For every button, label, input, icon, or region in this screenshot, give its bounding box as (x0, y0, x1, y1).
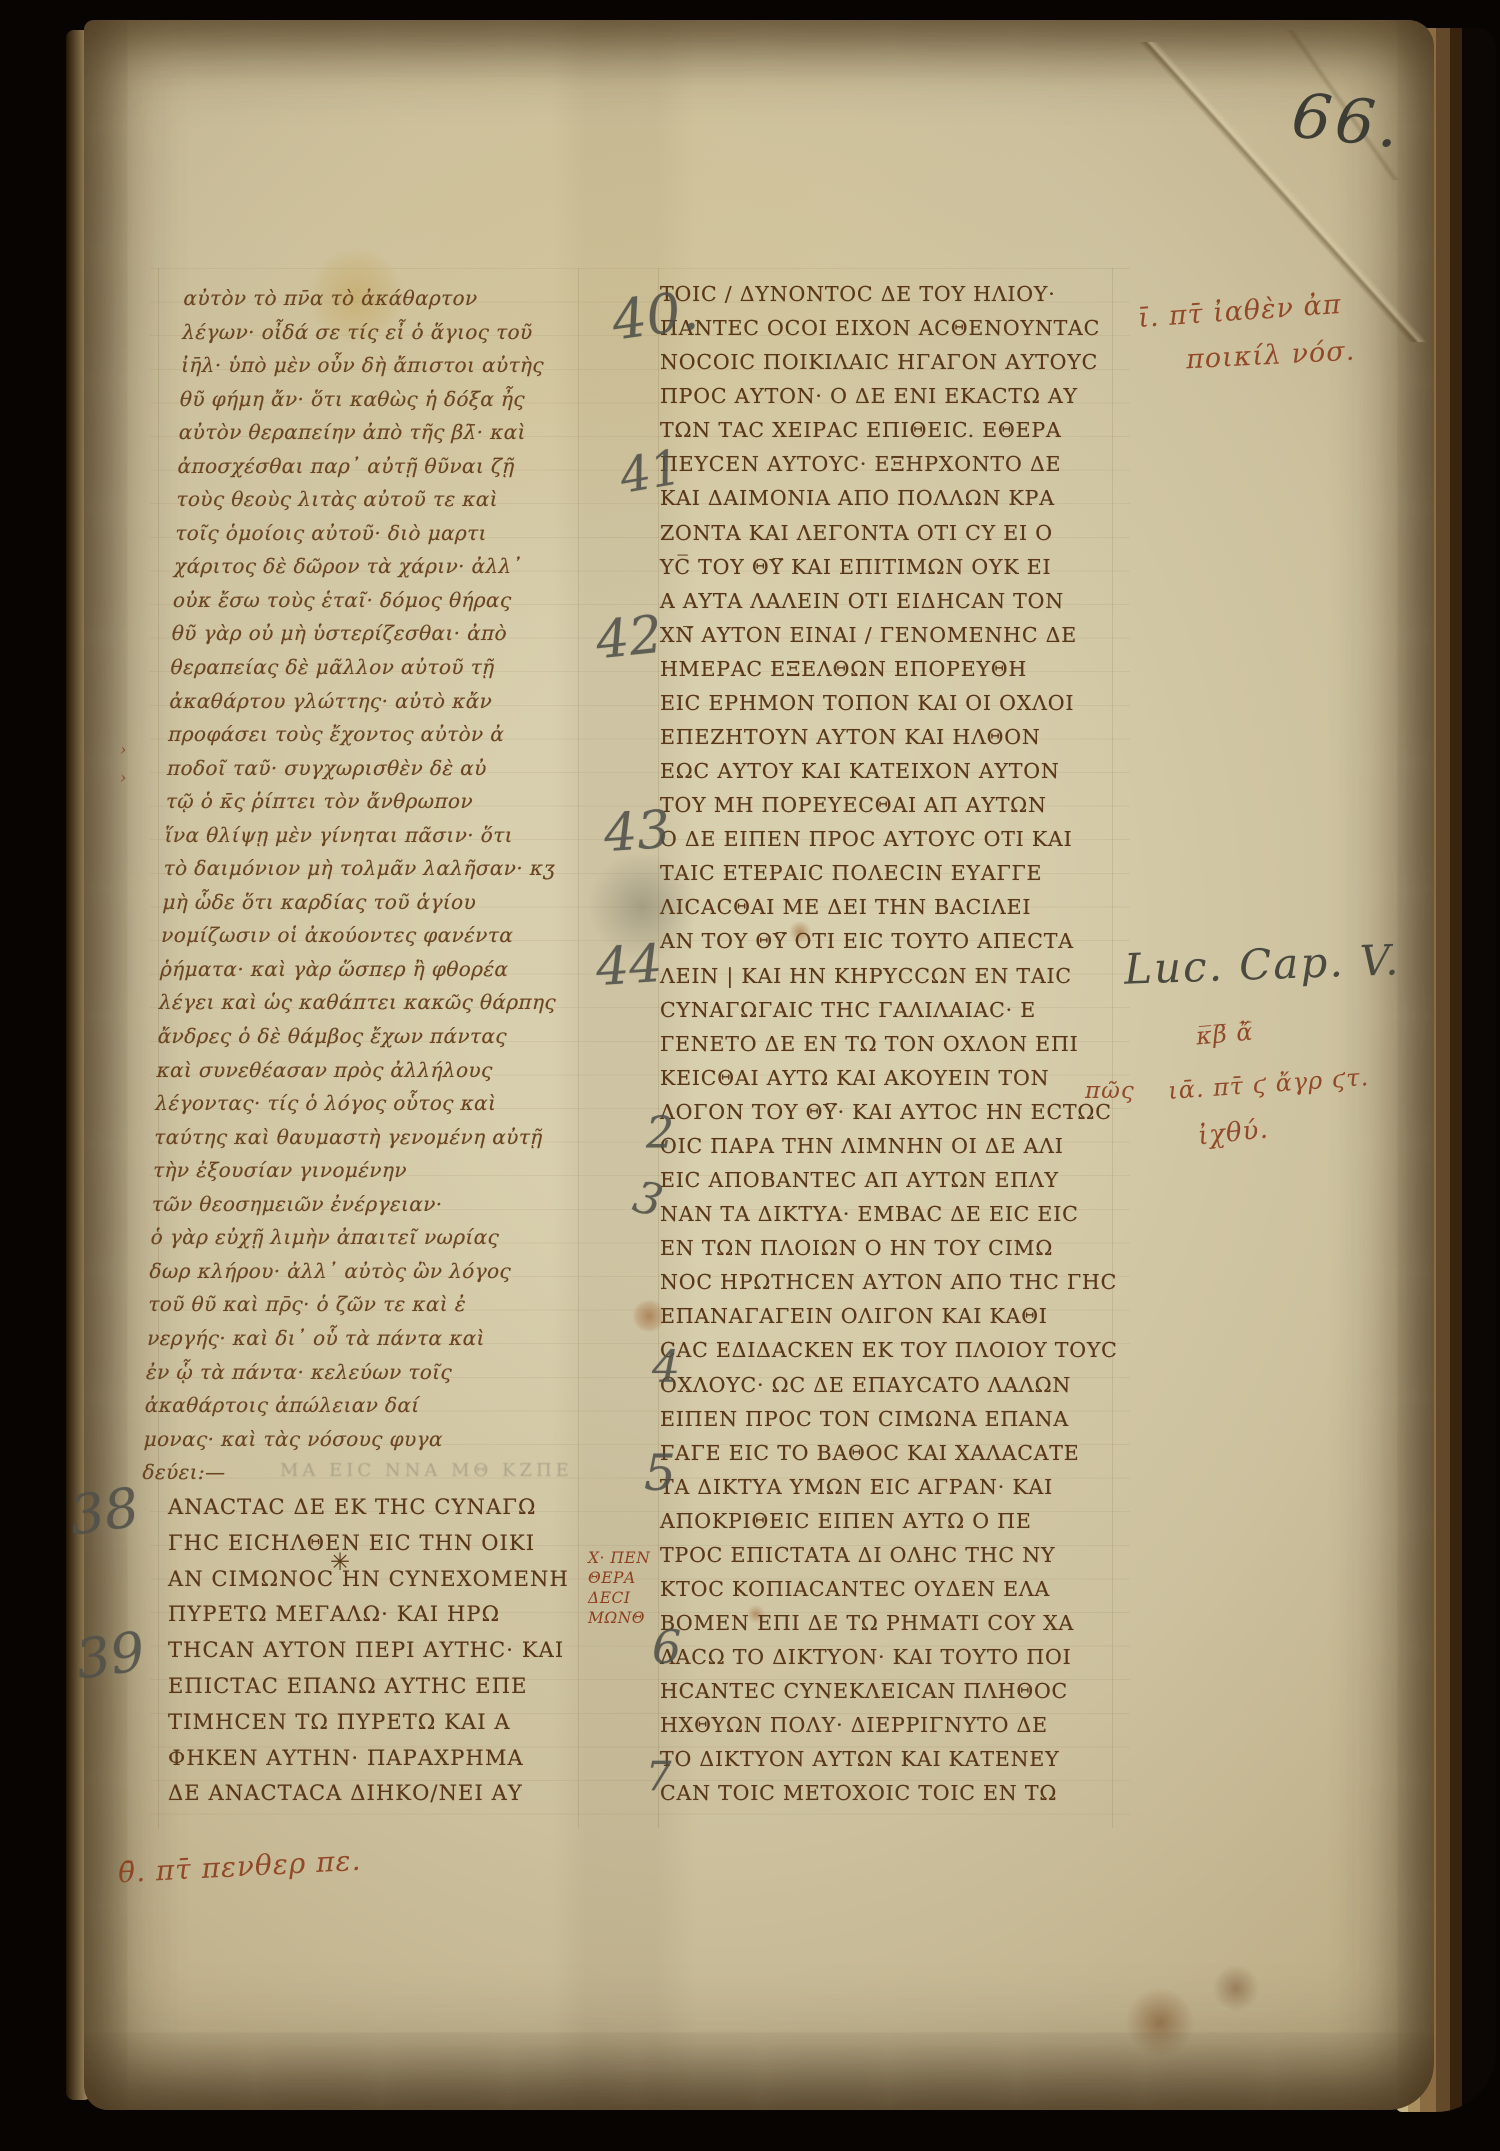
greek-minuscule-line: τοὺς θεοὺς λιτὰς αὐτοῦ τε καὶ (176, 483, 597, 517)
greek-uncial-line: ΑΠΟΚΡΙΘΕΙC ΕΙΠΕΝ ΑΥΤΩ Ο ΠΕ (660, 1504, 1135, 1538)
greek-minuscule-line: λέγων· οἶδά σε τίς εἶ ὁ ἅγιος τοῦ (182, 316, 603, 350)
greek-minuscule-line: τοῖς ὁμοίοις αὐτοῦ· διὸ μαρτι (175, 517, 596, 551)
greek-uncial-line: Α ΑΥΤΑ ΛΑΛΕΙΝ ΟΤΙ ΕΙΔΗCΑΝ ΤΟΝ (660, 584, 1135, 618)
asterisk-mark: ✳ (330, 1548, 350, 1576)
greek-uncial-line: CΑΝ ΤΟΙC ΜΕΤΟΧΟΙC ΤΟΙC ΕΝ ΤΩ (660, 1776, 1135, 1810)
latin-chapter-note: Luc. Cap. V. (1123, 935, 1401, 994)
greek-minuscule-line: ἀποσχέσθαι παρ᾿ αὐτῇ θῦναι ζῇ (177, 450, 598, 484)
greek-uncial-line: ΟΙC ΠΑΡΑ ΤΗΝ ΛΙΜΝΗΝ ΟΙ ΔΕ ΑΛΙ (660, 1129, 1135, 1163)
greek-uncial-line: ΠΡΟC ΑΥΤΟΝ· Ο ΔΕ ΕΝΙ ΕΚΑCΤΩ ΑΥ (660, 379, 1135, 413)
greek-uncial-line: ΛΕΙΝ | ΚΑΙ ΗΝ ΚΗΡΥCCΩΝ ΕΝ ΤΑΙC (660, 959, 1135, 993)
greek-uncial-line: ΓΕΝΕΤΟ ΔΕ ΕΝ ΤΩ ΤΟΝ ΟΧΛΟΝ ΕΠΙ (660, 1027, 1135, 1061)
greek-uncial-line: ΕΙC ΕΡΗΜΟΝ ΤΟΠΟΝ ΚΑΙ ΟΙ ΟΧΛΟΙ (660, 686, 1135, 720)
greek-uncial-line: ΠΕΥCΕΝ ΑΥΤΟΥC· ΕΞΗΡΧΟΝΤΟ ΔΕ (660, 447, 1135, 481)
greek-uncial-line: ΚΑΙ ΔΑΙΜΟΝΙΑ ΑΠΟ ΠΟΛΛΩΝ ΚΡΑ (660, 481, 1135, 515)
greek-uncial-line: ΑΝΑCΤΑC ΔΕ ΕΚ ΤΗC CΥΝΑΓΩ (168, 1490, 598, 1526)
greek-uncial-line: ΤΟΥ ΜΗ ΠΟΡΕΥΕCΘΑΙ ΑΠ ΑΥΤΩΝ (660, 788, 1135, 822)
intercolumn-gloss: Χ· ΠΕΝΘΕΡΑΔΕCΙΜΩΝΘ (588, 1548, 650, 1628)
greek-minuscule-line: νομίζωσιν οἱ ἀκούοντες φανέντα (161, 919, 582, 953)
greek-minuscule-line: ὁ γὰρ εὐχῇ λιμὴν ἀπαιτεῖ νωρίας (150, 1221, 571, 1255)
greek-uncial-line: Ο ΔΕ ΕΙΠΕΝ ΠΡΟC ΑΥΤΟΥC ΟΤΙ ΚΑΙ (660, 822, 1135, 856)
greek-uncial-line: ΦΗΚΕΝ ΑΥΤΗΝ· ΠΑΡΑΧΡΗΜΑ (168, 1741, 598, 1777)
rubric-gloss-line: Χ· ΠΕΝ (588, 1548, 650, 1568)
greek-uncial-line: CΥΝΑΓΩΓΑΙC ΤΗC ΓΑΛΙΛΑΙΑC· Ε (660, 993, 1135, 1027)
greek-minuscule-line: τὸ δαιμόνιον μὴ τολμᾶν λαλῆσαν· κʒ (163, 852, 584, 886)
greek-uncial-line: CΑC ΕΔΙΔΑCΚΕΝ ΕΚ ΤΟΥ ΠΛΟΙΟΥ ΤΟΥC (660, 1333, 1135, 1367)
greek-uncial-line: ΕΠΙCΤΑC ΕΠΑΝΩ ΑΥΤΗC ΕΠΕ (168, 1669, 598, 1705)
greek-uncial-line: ΝΟCΟΙC ΠΟΙΚΙΛΑΙC ΗΓΑΓΟΝ ΑΥΤΟΥC (660, 345, 1135, 379)
greek-minuscule-line: θῦ φήμη ἄν· ὅτι καθὼς ἡ δόξα ἦς (179, 383, 600, 417)
greek-uncial-line: ΕΙC ΑΠΟΒΑΝΤΕC ΑΠ ΑΥΤΩΝ ΕΠΛΥ (660, 1163, 1135, 1197)
greek-uncial-line: ΛΟΓΟΝ ΤΟΥ ΘΥ̅· ΚΑΙ ΑΥΤΟC ΗΝ ΕCΤΩC (660, 1095, 1135, 1129)
greek-uncial-line: ΒΟΜΕΝ ΕΠΙ ΔΕ ΤΩ ΡΗΜΑΤΙ COΥ ΧΑ (660, 1606, 1135, 1640)
greek-uncial-line: ΠΥΡΕΤΩ ΜΕΓΑΛΩ· ΚΑΙ ΗΡΩ (168, 1597, 598, 1633)
right-column-gospel: ΤΟΙC / ΔΥΝΟΝΤΟC ΔΕ ΤΟΥ ΗΛΙΟΥ·ΠΑΝΤΕC ΟCΟΙ… (660, 277, 1135, 1811)
greek-uncial-line: ΚΤΟC ΚΟΠΙΑCΑΝΤΕC ΟΥΔΕΝ ΕΛΑ (660, 1572, 1135, 1606)
greek-uncial-line: ΥC̅ ΤΟΥ ΘΥ̅ ΚΑΙ ΕΠΙΤΙΜΩΝ ΟΥΚ ΕΙ (660, 550, 1135, 584)
greek-minuscule-line: τῶν θεοσημειῶν ἐνέργειαν· (151, 1188, 572, 1222)
rubric-gloss-line: ΘΕΡΑ (588, 1568, 650, 1588)
greek-uncial-line: ΓΗC ΕΙCΗΛΘΕΝ ΕΙC ΤΗΝ ΟΙΚΙ (168, 1526, 598, 1562)
greek-minuscule-line: ἀκαθάρτοις ἀπώλειαν δαί (144, 1389, 565, 1423)
greek-minuscule-line: δωρ κλήρου· ἀλλ᾿ αὐτὸς ὢν λόγος (149, 1255, 570, 1289)
greek-minuscule-line: μὴ ὧδε ὅτι καρδίας τοῦ ἁγίου (162, 886, 583, 920)
greek-uncial-line: ΤΩΝ ΤΑC ΧΕΙΡΑC ΕΠΙΘΕΙC. ΕΘΕΡΑ (660, 413, 1135, 447)
greek-uncial-line: ΟΧΛΟΥC· ΩC ΔΕ ΕΠΑΥCΑΤΟ ΛΑΛΩΝ (660, 1368, 1135, 1402)
greek-minuscule-line: θῦ γὰρ οὐ μὴ ὑστερίζεσθαι· ἀπὸ (171, 617, 592, 651)
greek-minuscule-line: δεύει:— (142, 1456, 563, 1490)
greek-uncial-line: ΖΟΝΤΑ ΚΑΙ ΛΕΓΟΝΤΑ ΟΤΙ CΥ ΕΙ Ο (660, 516, 1135, 550)
greek-uncial-line: ΤΑ ΔΙΚΤΥΑ ΥΜΩΝ ΕΙC ΑΓΡΑΝ· ΚΑΙ (660, 1470, 1135, 1504)
greek-minuscule-line: λέγοντας· τίς ὁ λόγος οὗτος καὶ (155, 1087, 576, 1121)
greek-uncial-line: ΛΑCΩ ΤΟ ΔΙΚΤΥΟΝ· ΚΑΙ ΤΟΥΤΟ ΠΟΙ (660, 1640, 1135, 1674)
greek-minuscule-line: θεραπείας δὲ μᾶλλον αὐτοῦ τῇ (170, 651, 591, 685)
left-column-gospel: ΑΝΑCΤΑC ΔΕ ΕΚ ΤΗC CΥΝΑΓΩΓΗC ΕΙCΗΛΘΕΝ ΕΙC… (168, 1490, 598, 1812)
greek-minuscule-line: ἰη̄λ· ὑπὸ μὲν οὖν δὴ ἄπιστοι αὐτὴς (181, 349, 602, 383)
greek-uncial-line: ΝΑΝ ΤΑ ΔΙΚΤΥΑ· ΕΜΒΑC ΔΕ ΕΙC ΕΙC (660, 1197, 1135, 1231)
greek-minuscule-line: ἵνα θλίψῃ μὲν γίνηται πᾶσιν· ὅτι (164, 819, 585, 853)
greek-uncial-line: ΗΜΕΡΑC ΕΞΕΛΘΩΝ ΕΠΟΡΕΥΘΗ (660, 652, 1135, 686)
manuscript-photo: 66. Luc. Cap. V. αὐτὸν τὸ πν̄α τὸ ἀκάθαρ… (0, 0, 1500, 2151)
greek-minuscule-line: ῥήματα· καὶ γὰρ ὥσπερ ἢ φθορέα (159, 953, 580, 987)
greek-minuscule-line: ἄνδρες ὁ δὲ θάμβος ἔχων πάντας (157, 1020, 578, 1054)
greek-uncial-line: ΕΙΠΕΝ ΠΡΟC ΤΟΝ CΙΜΩΝΑ ΕΠΑΝΑ (660, 1402, 1135, 1436)
greek-minuscule-line: τοῦ θῦ καὶ πρ̄ς· ὁ ζῶν τε καὶ ἐ (148, 1288, 569, 1322)
greek-uncial-line: ΑΝ ΤΟΥ ΘΥ̅ ΟΤΙ ΕΙC ΤΟΥΤΟ ΑΠΕCΤΑ (660, 924, 1135, 958)
greek-minuscule-line: προφάσει τοὺς ἔχοντος αὐτὸν ἀ (168, 718, 589, 752)
greek-minuscule-line: ἀκαθάρτου γλώττης· αὐτὸ κἄν (169, 685, 590, 719)
greek-uncial-line: ΓΑΓΕ ΕΙC ΤΟ ΒΑΘΟC ΚΑΙ ΧΑΛΑCΑΤΕ (660, 1436, 1135, 1470)
greek-uncial-line: ΔΕ ΑΝΑCΤΑCΑ ΔΙΗΚΟ/ΝΕΙ ΑΥ (168, 1776, 598, 1812)
folio-number: 66. (1288, 78, 1406, 162)
greek-minuscule-line: ἐν ᾧ τὰ πάντα· κελεύων τοῖς (145, 1356, 566, 1390)
greek-uncial-line: ΑΝ CΙΜΩΝΟC ΗΝ CΥΝΕΧΟΜΕΝΗ (168, 1562, 598, 1598)
left-column-commentary: αὐτὸν τὸ πν̄α τὸ ἀκάθαρτονλέγων· οἶδά σε… (142, 282, 604, 1490)
greek-minuscule-line: τὴν ἐξουσίαν γινομένην (152, 1154, 573, 1188)
greek-uncial-line: ΧΝ̅ ΑΥΤΟΝ ΕΙΝΑΙ / ΓΕΝΟΜΕΝΗC ΔΕ (660, 618, 1135, 652)
greek-uncial-line: ΤΡΟC ΕΠΙCΤΑΤΑ ΔΙ ΟΛΗC ΤΗC ΝΥ (660, 1538, 1135, 1572)
greek-minuscule-line: χάριτος δὲ δῶρον τὰ χάριν· ἀλλ᾿ (174, 550, 595, 584)
greek-minuscule-line: καὶ συνεθέασαν πρὸς ἀλλήλους (156, 1054, 577, 1088)
greek-uncial-line: ΗCΑΝΤΕC CΥΝΕΚΛΕΙCΑΝ ΠΛΗΘΟC (660, 1674, 1135, 1708)
greek-minuscule-line: οὐκ ἔσω τοὺς ἑταῖ· δόμος θήρας (172, 584, 593, 618)
greek-uncial-line: ΕΠΑΝΑΓΑΓΕΙΝ ΟΛΙΓΟΝ ΚΑΙ ΚΑΘΙ (660, 1299, 1135, 1333)
greek-minuscule-line: μονας· καὶ τὰς νόσους φυγα (143, 1423, 564, 1457)
greek-uncial-line: ΤΟ ΔΙΚΤΥΟΝ ΑΥΤΩΝ ΚΑΙ ΚΑΤΕΝΕΥ (660, 1742, 1135, 1776)
greek-uncial-line: ΤΟΙC / ΔΥΝΟΝΤΟC ΔΕ ΤΟΥ ΗΛΙΟΥ· (660, 277, 1135, 311)
greek-uncial-line: ΕΩC ΑΥΤΟΥ ΚΑΙ ΚΑΤΕΙΧΟΝ ΑΥΤΟΝ (660, 754, 1135, 788)
greek-minuscule-line: αὐτὸν τὸ πν̄α τὸ ἀκάθαρτον (183, 282, 604, 316)
greek-uncial-line: ΠΑΝΤΕC ΟCΟΙ ΕΙΧΟΝ ΑCΘΕΝΟΥΝΤΑC (660, 311, 1135, 345)
rubric-gloss-line: ΜΩΝΘ (588, 1608, 650, 1628)
greek-minuscule-line: νεργής· καὶ δι᾿ οὗ τὰ πάντα καὶ (147, 1322, 568, 1356)
greek-uncial-line: ΕΠΕΖΗΤΟΥΝ ΑΥΤΟΝ ΚΑΙ ΗΛΘΟΝ (660, 720, 1135, 754)
greek-uncial-line: ΚΕΙCΘΑΙ ΑΥΤΩ ΚΑΙ ΑΚΟΥΕΙΝ ΤΟΝ (660, 1061, 1135, 1095)
rubric-gloss-line: ΔΕCΙ (588, 1588, 650, 1608)
greek-uncial-line: ΗΧΘΥΩΝ ΠΟΛΥ· ΔΙΕΡΡΙΓΝΥΤΟ ΔΕ (660, 1708, 1135, 1742)
greek-uncial-line: ΛΙCΑCΘΑΙ ΜΕ ΔΕΙ ΤΗΝ ΒΑCΙΛΕΙ (660, 890, 1135, 924)
greek-uncial-line: ΕΝ ΤΩΝ ΠΛΟΙΩΝ Ο ΗΝ ΤΟΥ CΙΜΩ (660, 1231, 1135, 1265)
greek-uncial-line: ΤΙΜΗCΕΝ ΤΩ ΠΥΡΕΤΩ ΚΑΙ Α (168, 1705, 598, 1741)
greek-uncial-line: ΝΟC ΗΡΩΤΗCΕΝ ΑΥΤΟΝ ΑΠΟ ΤΗC ΓΗC (660, 1265, 1135, 1299)
greek-uncial-line: ΤΗCΑΝ ΑΥΤΟΝ ΠΕΡΙ ΑΥΤΗC· ΚΑΙ (168, 1633, 598, 1669)
greek-minuscule-line: ταύτης καὶ θαυμαστὴ γενομένη αὐτῇ (154, 1121, 575, 1155)
greek-minuscule-line: λέγει καὶ ὡς καθάπτει κακῶς θάρπης (158, 986, 579, 1020)
greek-minuscule-line: τῷ ὁ κ̄ς ῥίπτει τὸν ἄνθρωπον (165, 785, 586, 819)
greek-minuscule-line: ποδοῖ ταῦ· συγχωρισθὲν δὲ αὐ (167, 752, 588, 786)
greek-minuscule-line: αὐτὸν θεραπείην ἀπὸ τῆς βλ̄· καὶ (178, 416, 599, 450)
greek-uncial-line: ΤΑΙC ΕΤΕΡΑΙC ΠΟΛΕCΙΝ ΕΥΑΓΓΕ (660, 856, 1135, 890)
